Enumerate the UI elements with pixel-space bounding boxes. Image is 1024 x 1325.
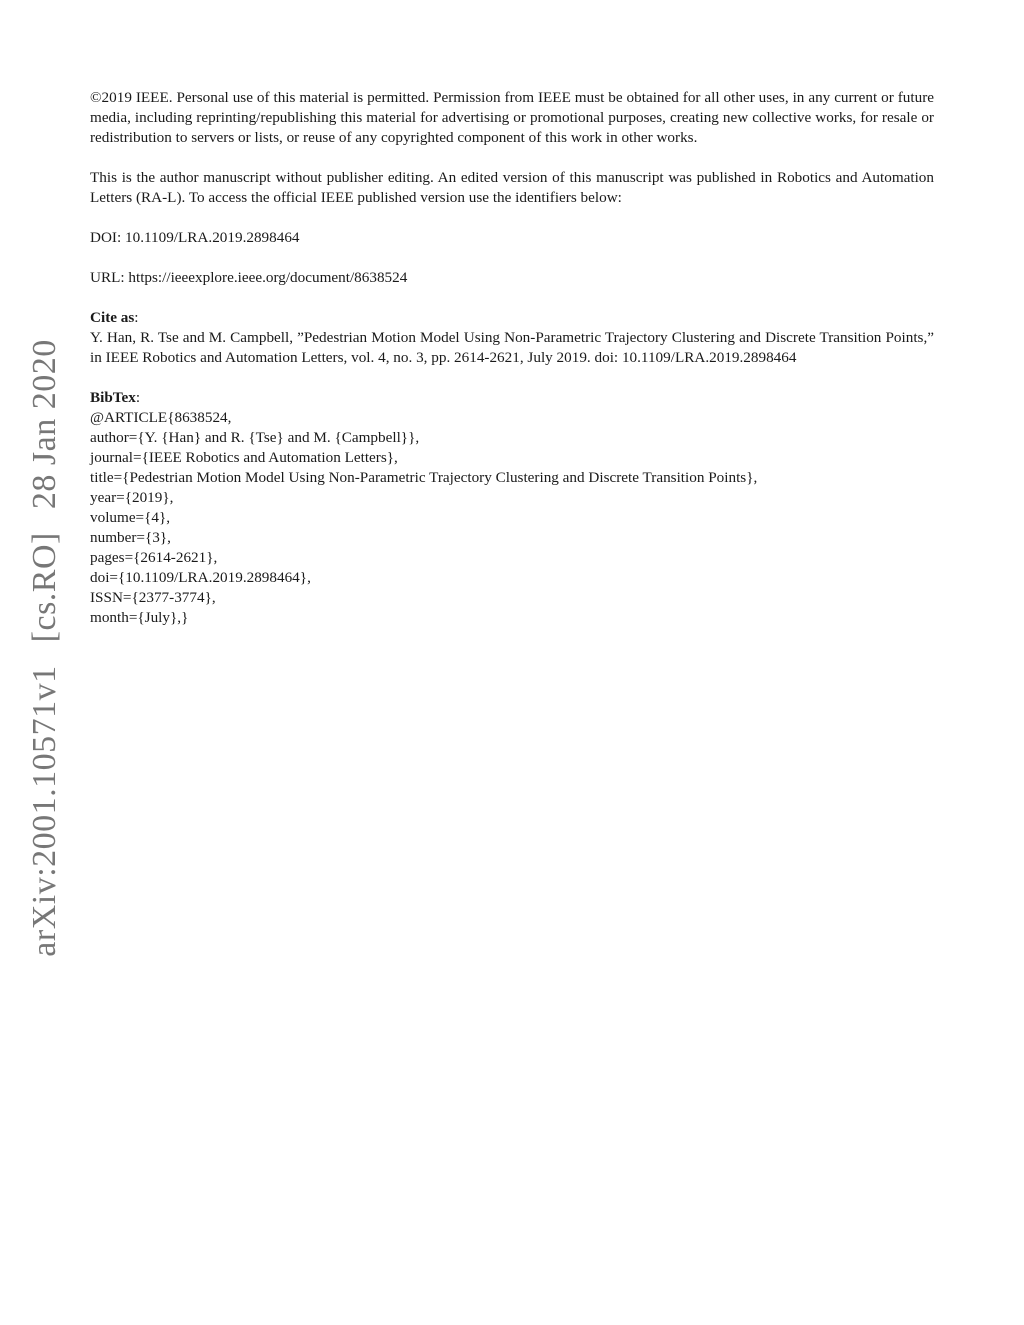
bibtex-line: author={Y. {Han} and R. {Tse} and M. {Ca… [90, 428, 934, 448]
bibtex-line: journal={IEEE Robotics and Automation Le… [90, 448, 934, 468]
bibtex-heading-colon: : [136, 389, 140, 406]
cite-heading: Cite as: [90, 308, 934, 328]
bibtex-heading-label: BibTex [90, 389, 136, 406]
bibtex-line: number={3}, [90, 528, 934, 548]
arxiv-date: 28 Jan 2020 [26, 339, 63, 509]
copyright-notice: ©2019 IEEE. Personal use of this materia… [90, 88, 934, 148]
bibtex-heading: BibTex: [90, 388, 934, 408]
bibtex-line: year={2019}, [90, 488, 934, 508]
bibtex-line: @ARTICLE{8638524, [90, 408, 934, 428]
bibtex-line: doi={10.1109/LRA.2019.2898464}, [90, 568, 934, 588]
manuscript-note: This is the author manuscript without pu… [90, 168, 934, 208]
bibtex-line: month={July},} [90, 608, 934, 628]
doi-line: DOI: 10.1109/LRA.2019.2898464 [90, 228, 934, 248]
bibtex-line: pages={2614-2621}, [90, 548, 934, 568]
bibtex-line: volume={4}, [90, 508, 934, 528]
bibtex-line: ISSN={2377-3774}, [90, 588, 934, 608]
cite-heading-colon: : [134, 309, 138, 326]
bibtex-line: title={Pedestrian Motion Model Using Non… [90, 468, 934, 488]
citation-text: Y. Han, R. Tse and M. Campbell, ”Pedestr… [90, 328, 934, 368]
url-line: URL: https://ieeexplore.ieee.org/documen… [90, 268, 934, 288]
arxiv-id: arXiv:2001.10571v1 [26, 665, 63, 956]
document-page: ©2019 IEEE. Personal use of this materia… [90, 88, 934, 628]
arxiv-category: [cs.RO] [26, 532, 63, 642]
bibtex-entry: @ARTICLE{8638524, author={Y. {Han} and R… [90, 408, 934, 628]
arxiv-stamp: arXiv:2001.10571v1 [cs.RO] 28 Jan 2020 [26, 339, 64, 956]
cite-heading-label: Cite as [90, 309, 134, 326]
